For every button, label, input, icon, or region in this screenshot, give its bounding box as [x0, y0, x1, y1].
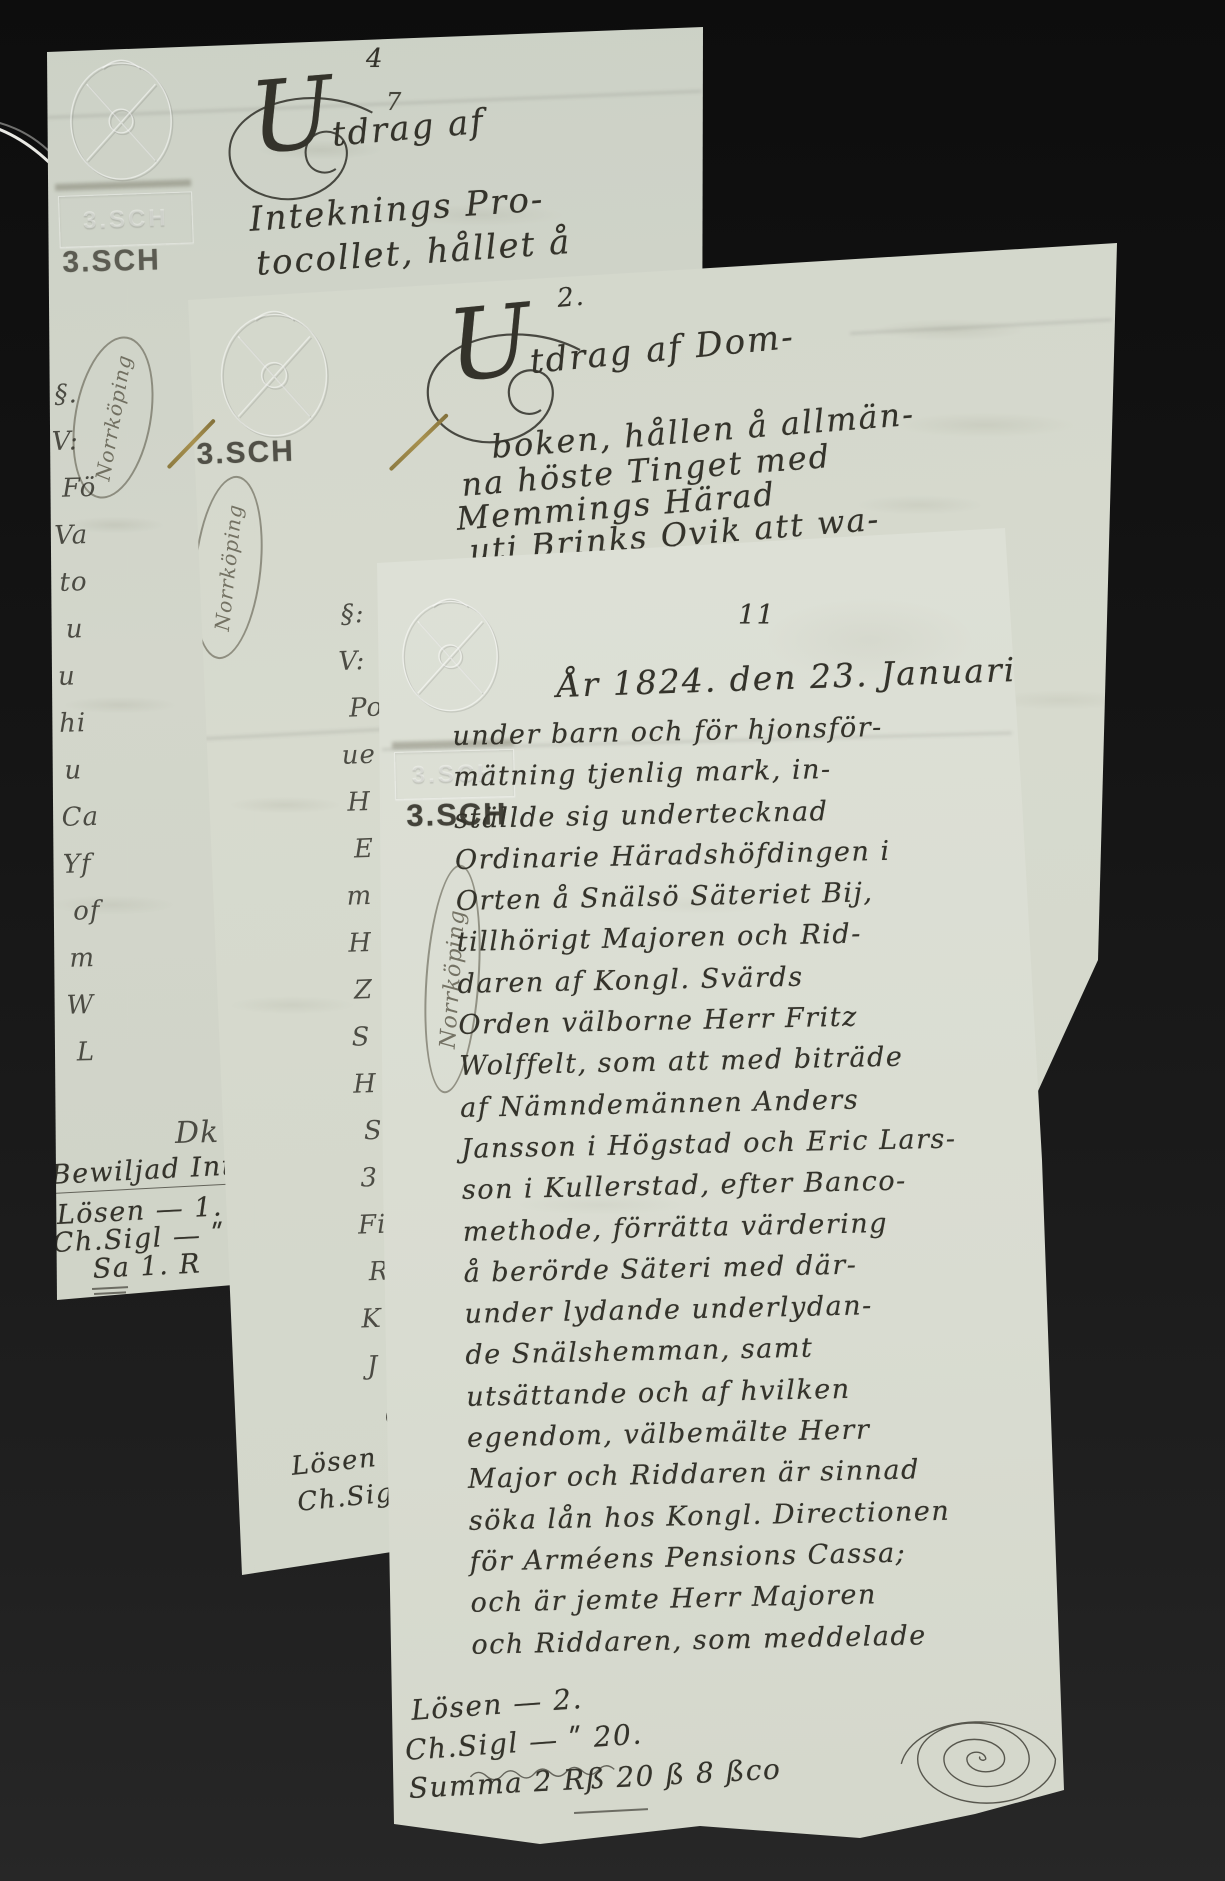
text-fragment: Va	[54, 509, 204, 560]
text-fragment: of	[73, 885, 214, 936]
text-fragment: L	[76, 1026, 217, 1077]
text-fragment: m	[69, 932, 215, 983]
oval-stamp-text: Norrköping	[209, 503, 246, 633]
embossed-seal-icon	[55, 54, 187, 188]
text-fragment: Yf	[62, 838, 212, 889]
text-fragment: u	[65, 603, 206, 654]
footer-fee-line: Lösen — 2.	[410, 1682, 584, 1727]
text-fragment: W	[66, 979, 216, 1030]
fold-crease	[850, 318, 1112, 335]
footer-fee-line: Lösen	[290, 1443, 379, 1482]
page-number: 2.	[556, 282, 586, 314]
body-text: under barn och för hjonsför- mätning tje…	[452, 704, 1047, 1666]
spiral-flourish-icon	[898, 1696, 1062, 1822]
title-line: Utdrag af Dom-	[448, 313, 796, 390]
text-fragment: hi	[59, 697, 209, 748]
duty-stamp-3sch: 3.SCH	[62, 243, 161, 280]
text-fragment: u	[57, 650, 207, 701]
duty-stamp-3sch: 3.SCH	[196, 435, 295, 472]
footer-sum-line: Sa 1. R	[92, 1248, 202, 1285]
page-number: 11	[738, 600, 775, 631]
sum-underline	[92, 1286, 128, 1289]
text-fragment: §.	[54, 368, 200, 419]
page-number: 4	[366, 44, 384, 74]
margin-text-fragments: §. V: Fö Va to u u hi u Ca Yf of m W L D…	[50, 368, 220, 1160]
sum-underline	[94, 1291, 126, 1294]
photographed-archive-documents: 3.SCH 3.SCH Norrköping 4 7 Utdrag af Int…	[0, 0, 1225, 1881]
text-fragment: u	[64, 744, 210, 795]
text-fragment: Dk	[174, 1109, 219, 1157]
text-fragment: Fö	[61, 462, 202, 513]
date-line: År 1824. den 23. Januarii	[556, 650, 1029, 705]
sum-underline	[574, 1808, 648, 1813]
embossed-duty-stamp: 3.SCH	[58, 191, 194, 248]
text-fragment: to	[59, 556, 205, 607]
text-fragment: Ca	[61, 791, 211, 842]
